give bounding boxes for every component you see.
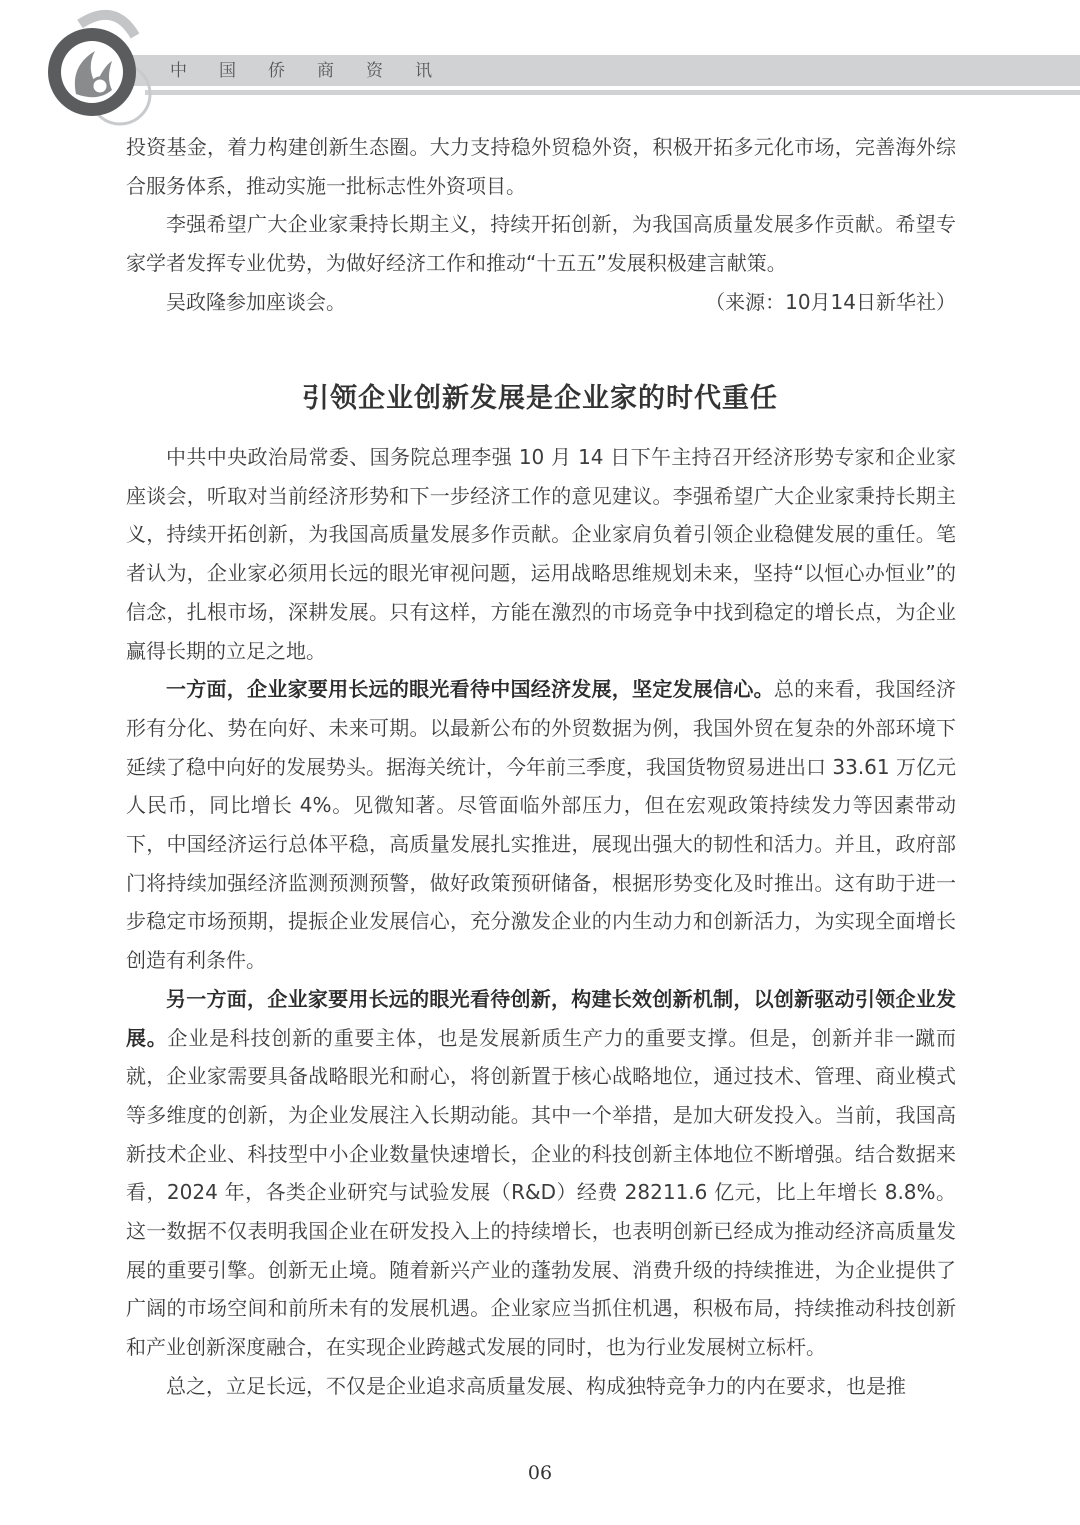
paragraph: 李强希望广大企业家秉持长期主义，持续开拓创新，为我国高质量发展多作贡献。希望专家… bbox=[126, 205, 956, 282]
publication-title: 中国侨商资讯 bbox=[170, 58, 464, 84]
paragraph: 中共中央政治局常委、国务院总理李强 10 月 14 日下午主持召开经济形势专家和… bbox=[126, 438, 956, 670]
paragraph: 一方面，企业家要用长远的眼光看待中国经济发展，坚定发展信心。总的来看，我国经济形… bbox=[126, 670, 956, 980]
federation-logo-icon bbox=[40, 6, 160, 126]
header-rule bbox=[145, 90, 1080, 95]
paragraph-text: 企业是科技创新的重要主体，也是发展新质生产力的重要支撑。但是，创新并非一蹴而就，… bbox=[126, 1026, 956, 1360]
article-body: 中共中央政治局常委、国务院总理李强 10 月 14 日下午主持召开经济形势专家和… bbox=[126, 438, 956, 1406]
previous-article-tail: 投资基金，着力构建创新生态圈。大力支持稳外贸稳外资，积极开拓多元化市场，完善海外… bbox=[126, 128, 956, 322]
closing-line: 吴政隆参加座谈会。 bbox=[126, 283, 346, 322]
source-citation: （来源：10月14日新华社） bbox=[705, 283, 956, 322]
paragraph: 总之，立足长远，不仅是企业追求高质量发展、构成独特竞争力的内在要求，也是推 bbox=[126, 1367, 956, 1406]
closing-row: 吴政隆参加座谈会。 （来源：10月14日新华社） bbox=[126, 283, 956, 322]
article-title: 引领企业创新发展是企业家的时代重任 bbox=[0, 376, 1080, 415]
paragraph-text: 总的来看，我国经济形有分化、势在向好、未来可期。以最新公布的外贸数据为例，我国外… bbox=[126, 677, 956, 972]
emphasis-lead: 一方面，企业家要用长远的眼光看待中国经济发展，坚定发展信心。 bbox=[166, 677, 774, 701]
paragraph: 投资基金，着力构建创新生态圈。大力支持稳外贸稳外资，积极开拓多元化市场，完善海外… bbox=[126, 128, 956, 205]
page-number: 06 bbox=[0, 1462, 1080, 1484]
paragraph: 另一方面，企业家要用长远的眼光看待创新，构建长效创新机制，以创新驱动引领企业发展… bbox=[126, 980, 956, 1367]
